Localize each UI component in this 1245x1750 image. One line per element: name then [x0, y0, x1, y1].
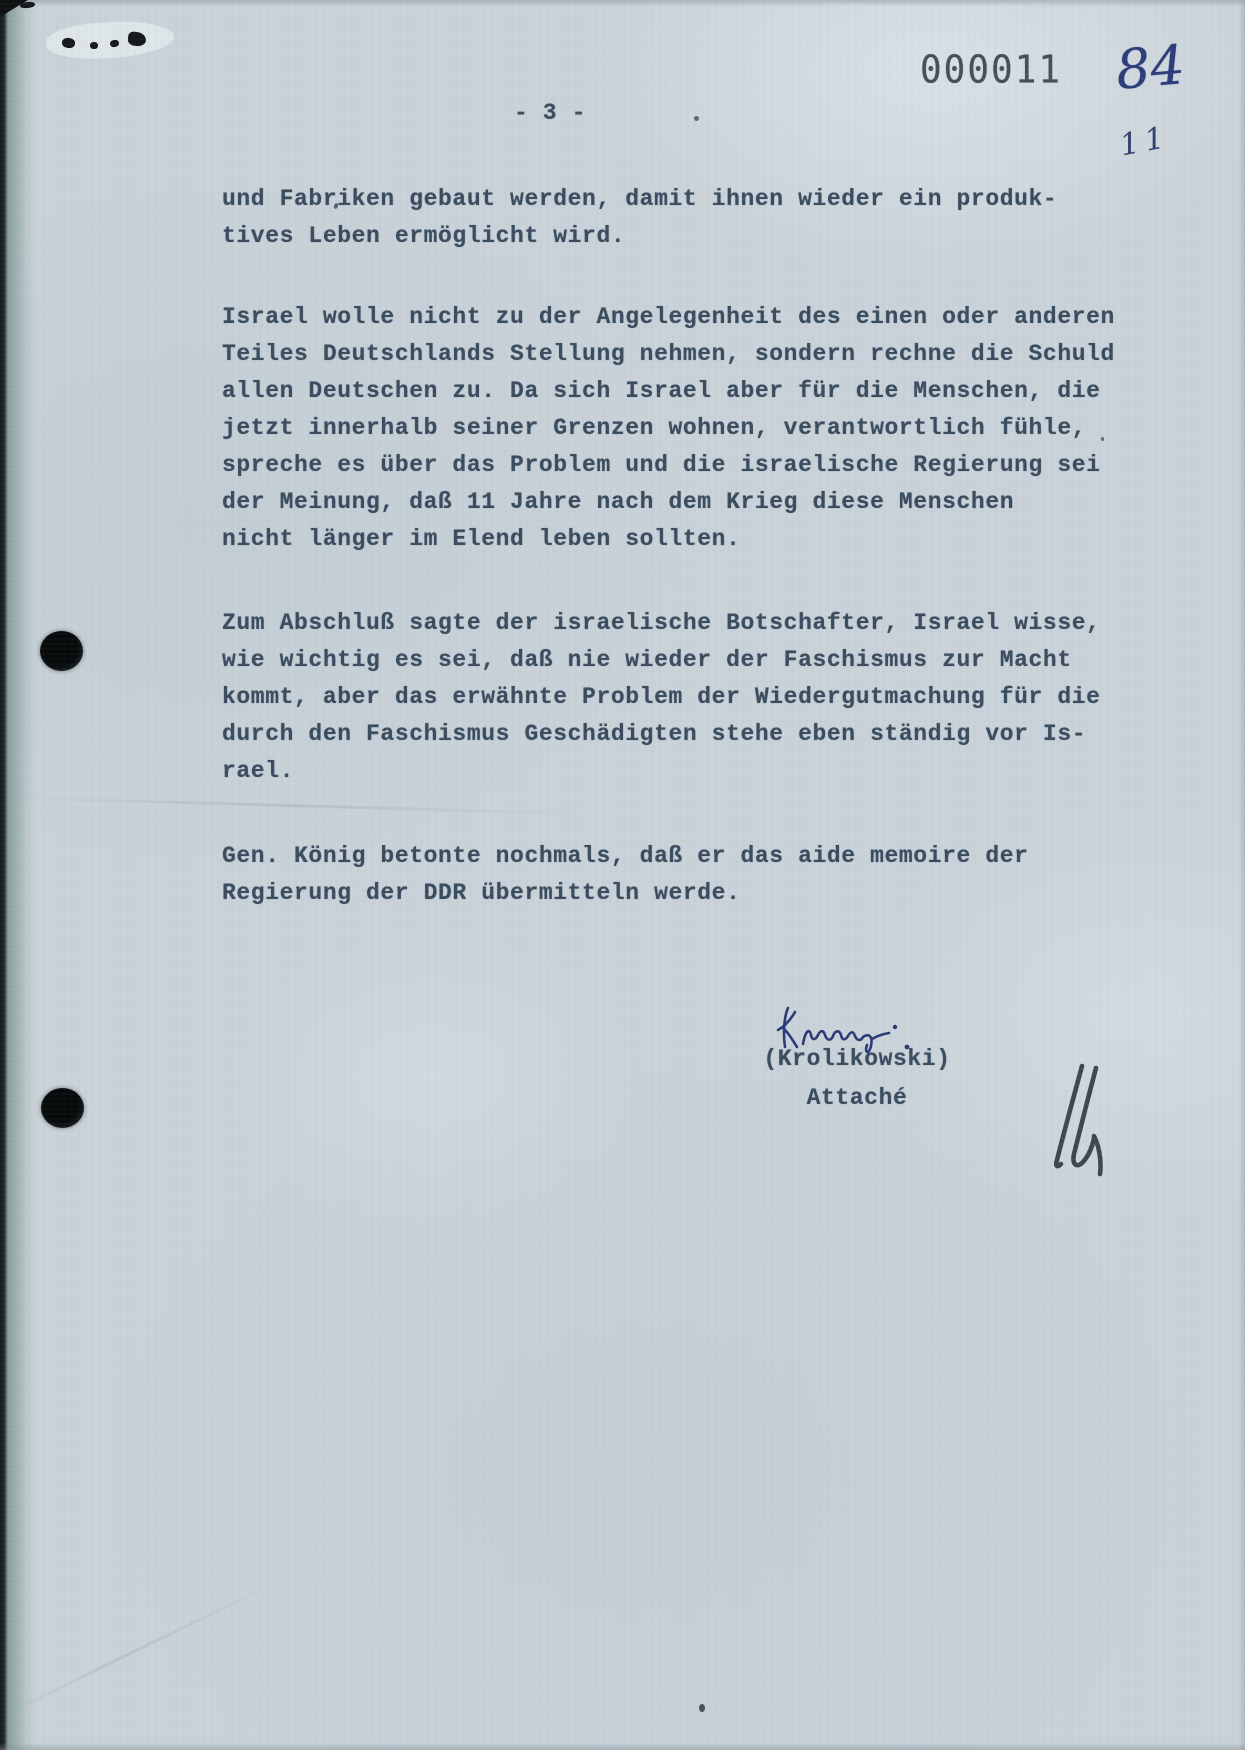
text-line: kommt, aber das erwähnte Problem der Wie…: [222, 679, 1101, 716]
handwritten-paraph: [1046, 1056, 1136, 1181]
staple-mark: [90, 42, 98, 49]
paragraph-2: Israel wolle nicht zu der Angelegenheit …: [222, 299, 1115, 558]
scan-edge-right: [1239, 0, 1245, 1750]
handwritten-number-84: 84: [1113, 33, 1187, 102]
text-line: jetzt innerhalb seiner Grenzen wohnen, v…: [222, 410, 1115, 447]
ink-speck: [699, 1704, 705, 1712]
paper-crease: [0, 796, 580, 815]
text-line: allen Deutschen zu. Da sich Israel aber …: [222, 373, 1115, 410]
scan-edge-bottom: [0, 1743, 1245, 1750]
handwritten-number-11: 11: [1117, 120, 1173, 164]
text-line: Gen. König betonte nochmals, daß er das …: [222, 838, 1029, 875]
signatory-name: (Krolikowski): [748, 1040, 966, 1079]
paragraph-1: und Fabriken gebaut werden, damit ihnen …: [222, 181, 1057, 255]
text-line: rael.: [222, 753, 1101, 790]
text-line: Regierung der DDR übermitteln werde.: [222, 875, 1029, 912]
scan-edge-left: [0, 0, 36, 1750]
scan-edge-top: [0, 0, 1245, 7]
text-line: spreche es über das Problem und die isra…: [222, 447, 1115, 484]
text-line: Teiles Deutschlands Stellung nehmen, son…: [222, 336, 1115, 373]
scanned-document-page: 000011 84 11 - 3 - und Fabriken gebaut w…: [0, 0, 1245, 1750]
text-line: nicht länger im Elend leben sollten.: [222, 521, 1115, 558]
punch-hole-bottom: [41, 1088, 84, 1128]
punch-hole-top: [40, 631, 83, 671]
text-line: tives Leben ermöglicht wird.: [222, 218, 1057, 255]
signature-block: (Krolikowski) Attaché: [748, 1040, 966, 1118]
signatory-title: Attaché: [748, 1079, 966, 1118]
text-line: Zum Abschluß sagte der israelische Botsc…: [222, 605, 1101, 642]
page-number-label: - 3 -: [470, 100, 630, 126]
paragraph-3: Zum Abschluß sagte der israelische Botsc…: [222, 605, 1101, 790]
text-line: Israel wolle nicht zu der Angelegenheit …: [222, 299, 1115, 336]
text-line: der Meinung, daß 11 Jahre nach dem Krieg…: [222, 484, 1115, 521]
page-counter-stamp: 000011: [920, 49, 1080, 92]
ink-speck: [694, 116, 699, 121]
text-line: durch den Faschismus Geschädigten stehe …: [222, 716, 1101, 753]
text-line: und Fabriken gebaut werden, damit ihnen …: [222, 181, 1057, 218]
text-line: wie wichtig es sei, daß nie wieder der F…: [222, 642, 1101, 679]
paragraph-4: Gen. König betonte nochmals, daß er das …: [222, 838, 1029, 912]
paper-crease: [0, 1578, 283, 1730]
